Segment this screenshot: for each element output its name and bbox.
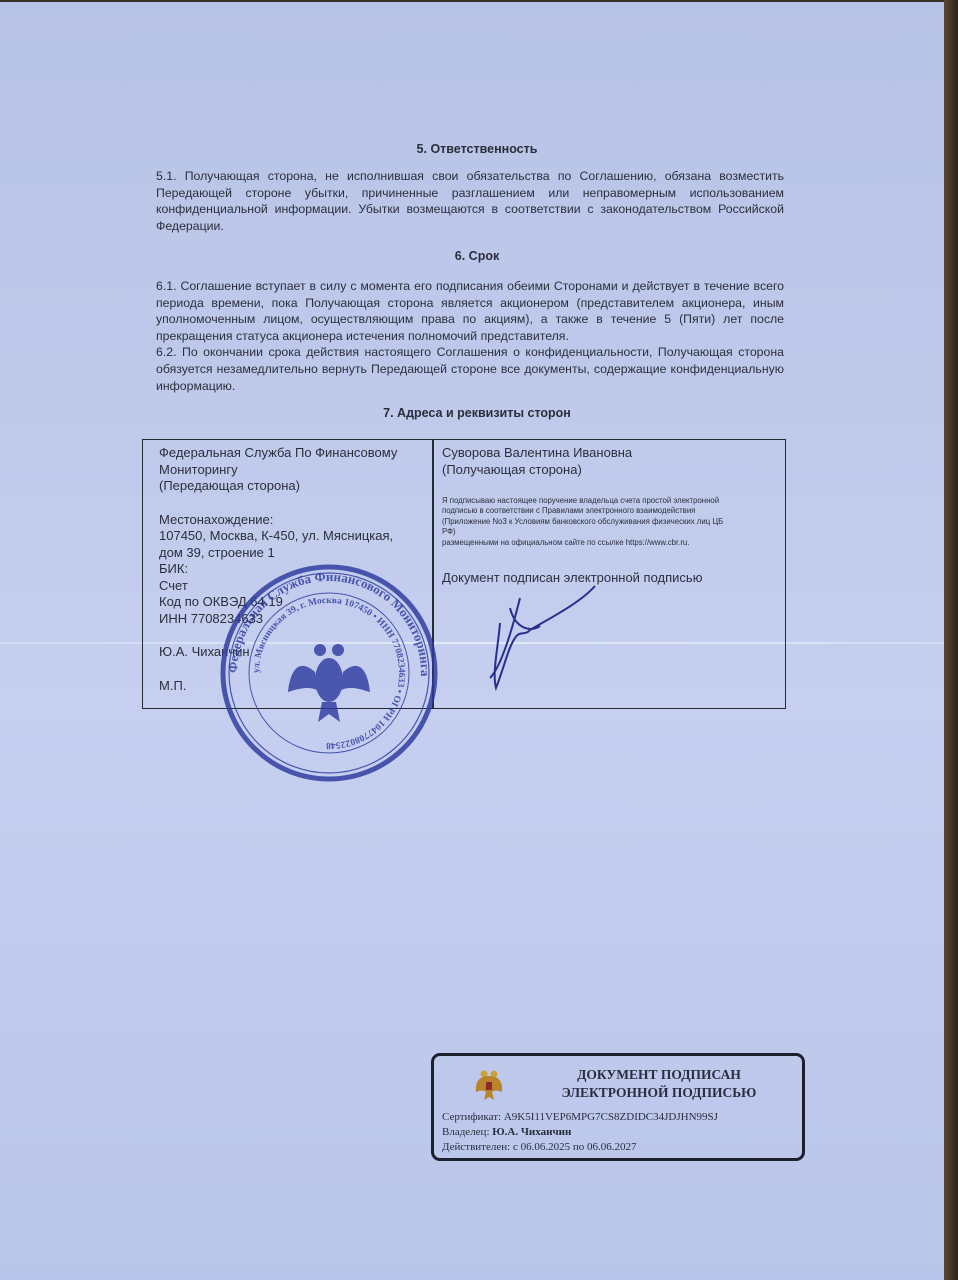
address-line2: дом 39, строение 1 [159,545,429,562]
section-5-body: 5.1. Получающая сторона, не исполнившая … [156,168,784,234]
consent-text: Я подписываю настоящее поручение владель… [442,496,782,548]
org-name-line1: Федеральная Служба По Финансовому [159,445,429,462]
validity-value: с 06.06.2025 по 06.06.2027 [513,1141,637,1153]
clause-6-2: 6.2. По окончании срока действия настоящ… [156,344,784,394]
owner-value: Ю.А. Чиханчин [492,1126,571,1138]
receiver-role: (Получающая сторона) [442,462,782,479]
certificate-row: Сертификат: A9K5I11VEP6MPG7CS8ZDIDC34JDJ… [442,1111,718,1123]
certificate-value: A9K5I11VEP6MPG7CS8ZDIDC34JDJHN99SJ [504,1111,718,1123]
official-seal: Федеральная Служба Финансового Мониторин… [218,562,440,784]
eagle-emblem-icon [288,644,370,722]
electronic-signature-box: ДОКУМЕНТ ПОДПИСАН ЭЛЕКТРОННОЙ ПОДПИСЬЮ С… [431,1053,805,1161]
section-heading-responsibility: 5. Ответственность [152,142,802,156]
background-surface [944,0,958,1280]
owner-row: Владелец: Ю.А. Чиханчин [442,1126,571,1138]
esig-title-line2: ЭЛЕКТРОННОЙ ПОДПИСЬЮ [529,1084,789,1102]
validity-row: Действителен: с 06.06.2025 по 06.06.2027 [442,1141,636,1153]
handwritten-signature [470,578,620,698]
section-heading-term: 6. Срок [152,249,802,263]
section-6-body: 6.1. Соглашение вступает в силу с момент… [156,278,784,394]
section-heading-addresses: 7. Адреса и реквизиты сторон [152,406,802,420]
owner-label: Владелец: [442,1126,490,1138]
clause-6-1: 6.1. Соглашение вступает в силу с момент… [156,278,784,344]
validity-label: Действителен: [442,1141,510,1153]
consent-line: РФ) [442,527,782,537]
receiver-name: Суворова Валентина Ивановна [442,445,782,462]
certificate-label: Сертификат: [442,1111,501,1123]
consent-line: подписью в соответствии с Правилами элек… [442,506,782,516]
clause-5-1: 5.1. Получающая сторона, не исполнившая … [156,168,784,234]
document-page: 5. Ответственность 5.1. Получающая сторо… [0,2,944,1280]
location-label: Местонахождение: [159,512,429,529]
coat-of-arms-icon [474,1068,504,1102]
esig-title: ДОКУМЕНТ ПОДПИСАН ЭЛЕКТРОННОЙ ПОДПИСЬЮ [529,1066,789,1102]
consent-line: (Приложение No3 к Условиям банковского о… [442,517,782,527]
address-line1: 107450, Москва, К-450, ул. Мясницкая, [159,528,429,545]
org-name-line2: Мониторингу [159,462,429,479]
consent-line: размещенными на официальном сайте по ссы… [442,538,782,548]
receiving-party-cell: Суворова Валентина Ивановна (Получающая … [442,445,782,585]
party-role: (Передающая сторона) [159,478,429,495]
consent-line: Я подписываю настоящее поручение владель… [442,496,782,506]
esig-title-line1: ДОКУМЕНТ ПОДПИСАН [529,1066,789,1084]
